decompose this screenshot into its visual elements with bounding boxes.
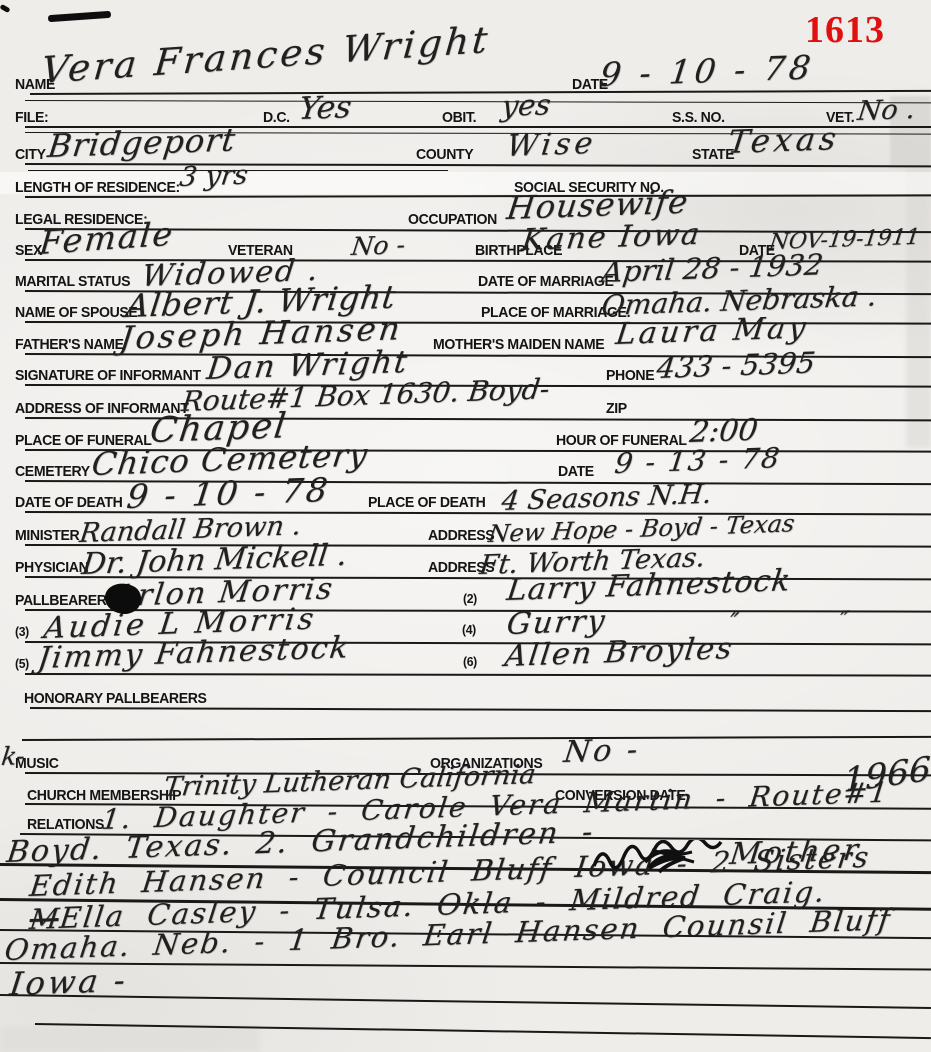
dc-label: D.C. (263, 109, 290, 126)
relations-label: RELATIONS (27, 816, 104, 833)
date-of-death-label: DATE OF DEATH (15, 494, 122, 511)
fathers-name-label: FATHER'S NAME (15, 336, 124, 353)
ink-dash-mark (48, 11, 111, 22)
length-of-residence-label: LENGTH OF RESIDENCE: (15, 179, 180, 196)
county-label: COUNTY (416, 146, 473, 163)
name-date-value: 9 - 10 - 78 (598, 51, 816, 91)
page-number: 1613 (795, 8, 895, 52)
city-value: Bridgeport (46, 123, 238, 162)
funeral-record-sheet: 1613 NAME DATE FILE: D.C. OBIT. S.S. NO.… (0, 0, 931, 1052)
name-value: Vera Frances Wright (40, 21, 492, 89)
burial-date-value: 9 - 13 - 78 (613, 444, 783, 478)
minister-label: MINISTER (15, 527, 79, 544)
pallbearer-2-number: (2) (463, 591, 477, 606)
birthplace-value: Kane Iowa (520, 220, 703, 256)
obit-label: OBIT. (442, 109, 476, 126)
pallbearer-6-value: Allen Broyles (503, 634, 735, 672)
place-of-death-value: 4 Seasons N.H. (500, 481, 713, 515)
struck-initial: M (28, 905, 60, 934)
pallbearer-2-value: Larry Fahnestock (505, 566, 793, 606)
ruled-line (25, 163, 931, 167)
mothers-maiden-name-label: MOTHER'S MAIDEN NAME (433, 336, 604, 353)
pallbearers-label: PALLBEARERS (15, 592, 116, 609)
mothers-maiden-name-value: Laura May (614, 313, 810, 350)
dc-value: Yes (297, 92, 353, 125)
ruled-line (0, 994, 931, 1009)
pallbearer-4-number: (4) (462, 622, 476, 637)
ruled-line (0, 962, 931, 970)
ditto-mark: ″ (838, 608, 850, 632)
organizations-value: No - (562, 735, 642, 768)
length-of-residence-value: 3 yrs (178, 162, 249, 191)
date-of-marriage-label: DATE OF MARRIAGE (478, 273, 614, 290)
honorary-pallbearers-label: HONORARY PALLBEARERS (24, 690, 207, 707)
county-value: Wise (505, 129, 598, 162)
physician-label: PHYSICIAN (15, 559, 88, 576)
pallbearer-3-number: (3) (15, 624, 29, 639)
phone-value: 433 - 5395 (655, 349, 817, 383)
veteran-value: No - (350, 232, 407, 259)
ruled-line (35, 1023, 931, 1039)
date-of-death-value: 9 - 10 - 78 (125, 473, 332, 513)
scribble-mark (590, 840, 725, 874)
relations-line-6: Iowa - (8, 964, 130, 1000)
sex-value: Female (38, 217, 176, 259)
edge-mark (0, 4, 11, 13)
ruled-line (30, 707, 931, 712)
burial-date-label: DATE (558, 463, 594, 480)
pallbearer-4-value: Gurry (505, 607, 608, 640)
minister-address-value: New Hope - Boyd - Texas (487, 511, 796, 546)
margin-mark: k- (0, 743, 26, 769)
ruled-line (25, 100, 931, 103)
name-of-spouse-label: NAME OF SPOUSE (15, 304, 137, 321)
city-label: CITY (15, 146, 46, 163)
zip-label: ZIP (606, 400, 627, 417)
ruled-line (30, 90, 931, 95)
minister-address-label: ADDRESS (428, 527, 494, 544)
pallbearer-6-number: (6) (463, 654, 477, 669)
obit-value: yes (500, 90, 552, 121)
ruled-line (22, 736, 931, 741)
vet-value: No . (856, 96, 917, 125)
ss-no-label: S.S. NO. (672, 109, 725, 126)
scan-artifact (0, 1026, 260, 1052)
phone-label: PHONE (606, 367, 654, 384)
pallbearer-5-value: Jimmy Fahnestock (36, 633, 352, 674)
pallbearer-5-number: (5) (15, 656, 29, 671)
marital-status-label: MARITAL STATUS (15, 273, 130, 290)
state-value: Texas (726, 122, 842, 158)
file-label: FILE: (15, 109, 48, 126)
ruled-line (25, 673, 931, 677)
cemetery-label: CEMETERY (15, 463, 90, 480)
place-of-death-label: PLACE OF DEATH (368, 494, 485, 511)
scan-artifact (906, 168, 931, 448)
occupation-label: OCCUPATION (408, 211, 497, 228)
signature-of-informant-label: SIGNATURE OF INFORMANT (15, 367, 201, 384)
